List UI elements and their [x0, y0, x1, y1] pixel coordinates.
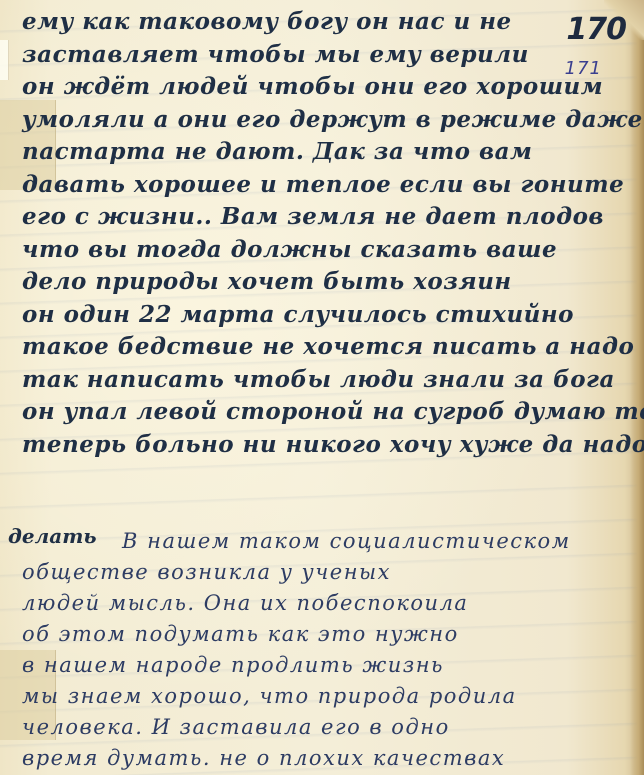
text-line: умоляли а они его держут в режиме даже — [22, 104, 602, 137]
text-line: он один 22 марта случилось стихийно — [22, 299, 602, 332]
text-line: В нашем таком социалистическом — [22, 526, 602, 557]
text-line: давать хорошее и теплое если вы гоните — [22, 169, 602, 202]
text-line: теперь больно ни никого хочу хуже да над… — [22, 429, 602, 462]
handwritten-section-1: ему как таковому богу он нас и не застав… — [22, 6, 602, 461]
text-line: что вы тогда должны сказать ваше — [22, 234, 602, 267]
text-line: его с жизни.. Вам земля не дает плодов — [22, 201, 602, 234]
text-line: заставляет чтобы мы ему верили — [22, 39, 602, 72]
paper-tab — [0, 40, 9, 80]
text-line: время думать. не о плохих качествах — [22, 743, 602, 774]
text-line: он упал левой стороной на сугроб думаю т… — [22, 396, 602, 429]
text-line: об этом подумать как это нужно — [22, 619, 602, 650]
text-line: ему как таковому богу он нас и не — [22, 6, 602, 39]
text-line: так написать чтобы люди знали за бога — [22, 364, 602, 397]
text-line: людей мысль. Она их побеспокоила — [22, 588, 602, 619]
manuscript-page: 170 171 ему как таковому богу он нас и н… — [0, 0, 644, 775]
text-line: пастарта не дают. Дак за что вам — [22, 136, 602, 169]
text-line: в нашем народе продлить жизнь — [22, 650, 602, 681]
handwritten-section-2: В нашем таком социалистическом обществе … — [22, 526, 602, 774]
text-line: человека. И заставила его в одно — [22, 712, 602, 743]
text-line: мы знаем хорошо, что природа родила — [22, 681, 602, 712]
text-line: дело природы хочет быть хозяин — [22, 266, 602, 299]
text-line: обществе возникла у ученых — [22, 557, 602, 588]
text-line: он ждёт людей чтобы они его хорошим — [22, 71, 602, 104]
text-line: такое бедствие не хочется писать а надо — [22, 331, 602, 364]
